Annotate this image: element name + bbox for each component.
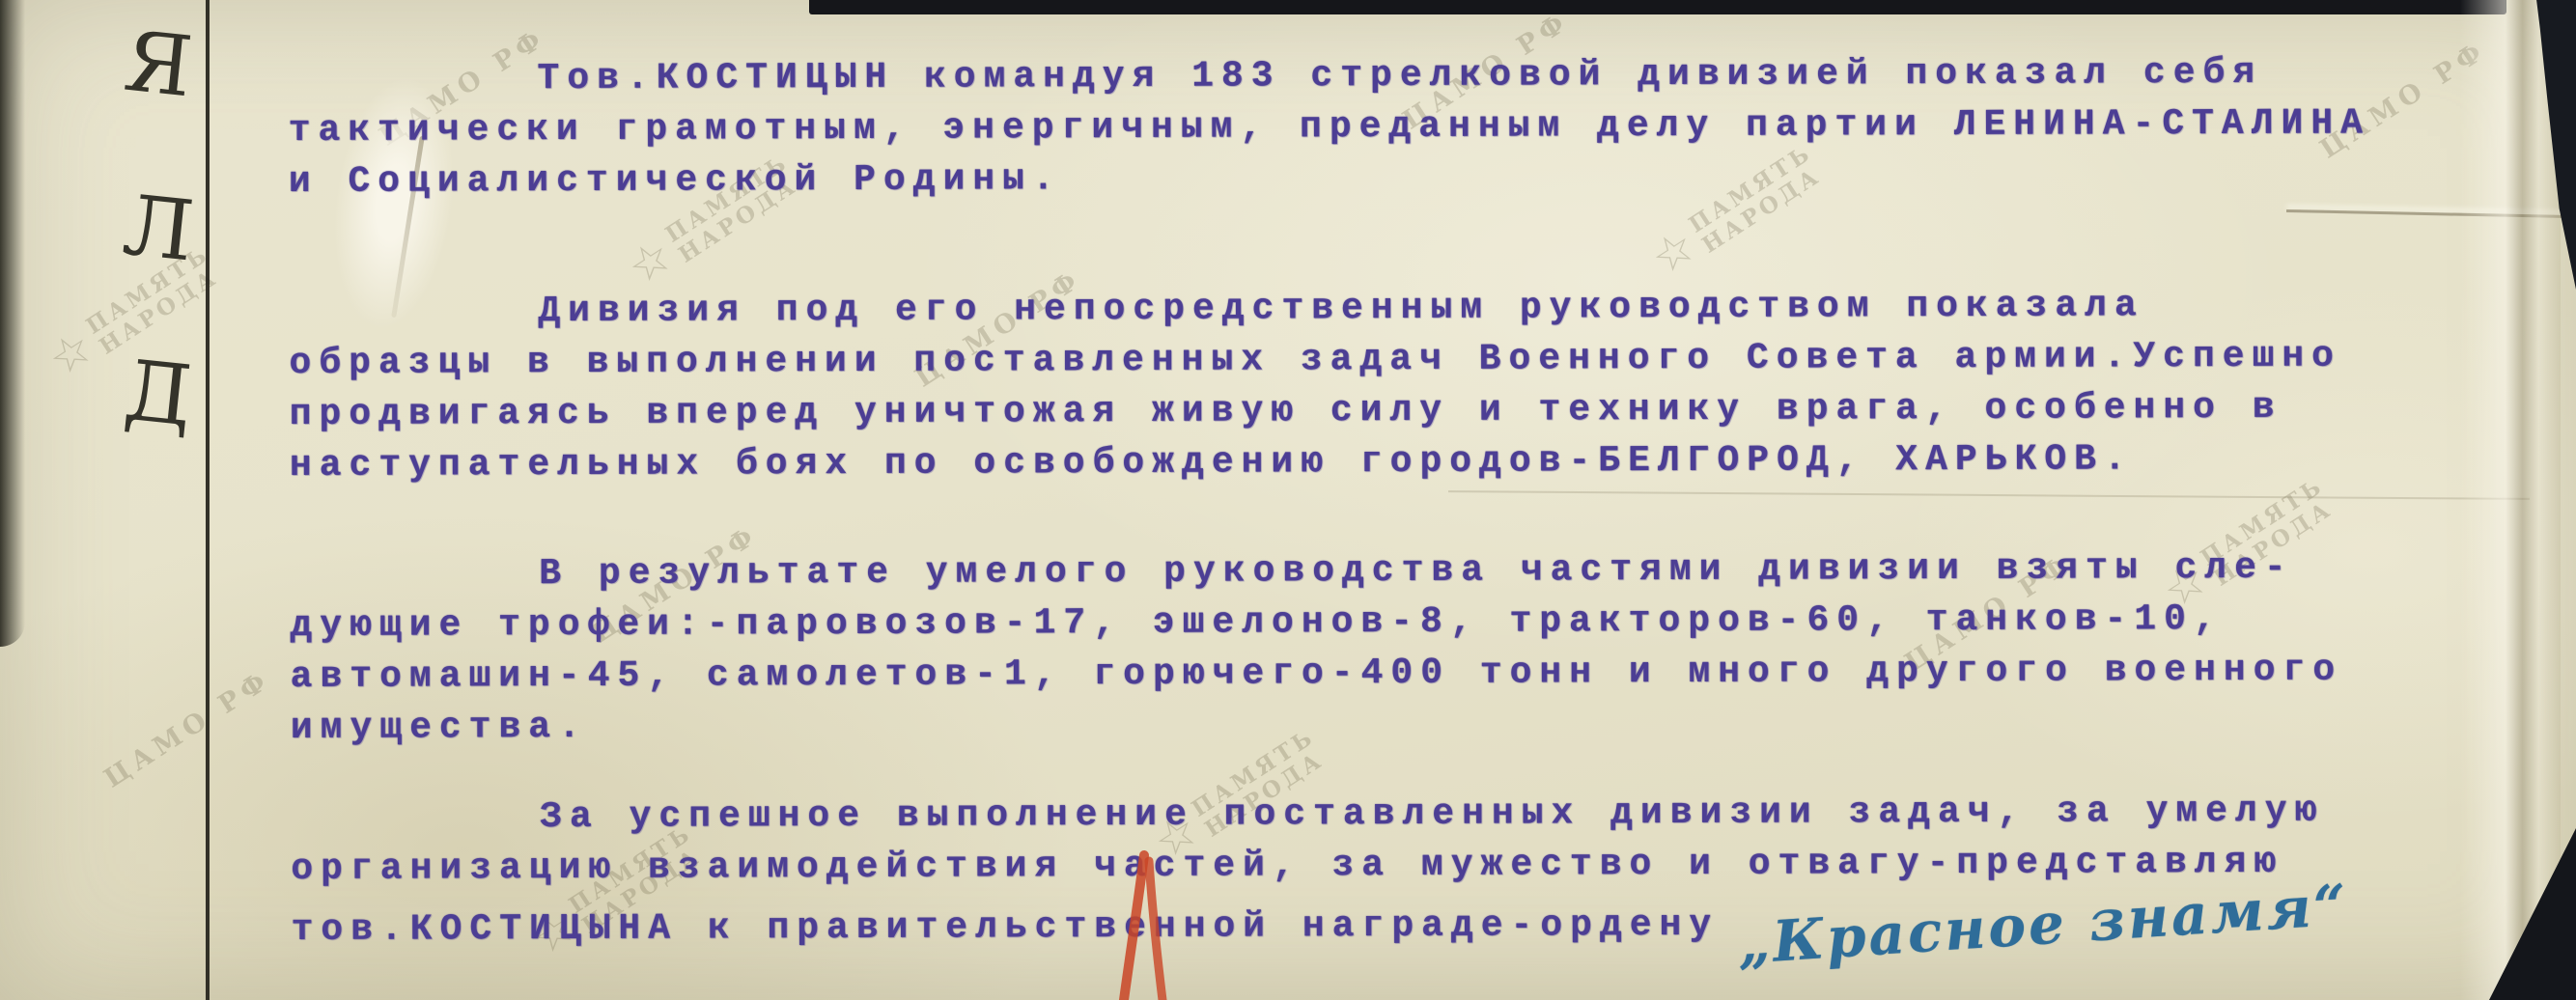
typed-line: За успешное выполнение поставленных диви… bbox=[291, 785, 2511, 844]
typed-line: имущества. bbox=[291, 695, 2511, 754]
watermark-archive: ЦАМО РФ bbox=[99, 664, 277, 793]
typed-line: автомашин-45, самолетов-1, горючего-400 … bbox=[291, 644, 2511, 703]
typed-line: образцы в выполнении поставленных задач … bbox=[289, 330, 2509, 389]
typed-line: В результате умелого руководства частями… bbox=[290, 542, 2510, 600]
document-scan: ЦАМО РФ ☆ПАМЯТЬНАРОДА ЦАМО РФ ☆ПАМЯТЬНАР… bbox=[0, 0, 2576, 1000]
watermark-star-icon: ☆ bbox=[42, 323, 101, 385]
scan-top-edge bbox=[809, 0, 2506, 14]
paragraph: За успешное выполнение поставленных диви… bbox=[291, 785, 2512, 946]
margin-letter: Я bbox=[121, 24, 195, 107]
document-body: Тов.КОСТИЦЫН командуя 183 стрелковой див… bbox=[288, 46, 2511, 946]
typed-line: тов.КОСТИЦЫНА к правительственной наград… bbox=[291, 887, 2511, 946]
typed-text: тов.КОСТИЦЫНА к правительственной наград… bbox=[291, 904, 1719, 951]
typed-line: Дивизия под его непосредственным руковод… bbox=[289, 279, 2509, 338]
form-vertical-rule bbox=[206, 0, 210, 1000]
typed-line: наступательных боях по освобождению горо… bbox=[290, 432, 2510, 491]
margin-letter: Л bbox=[120, 188, 197, 271]
margin-vertical-word: Я Л Д bbox=[114, 27, 203, 432]
typed-line: Тов.КОСТИЦЫН командуя 183 стрелковой див… bbox=[288, 46, 2508, 105]
handwritten-award-name: „Красное знамя“ bbox=[1736, 879, 2350, 970]
paragraph: В результате умелого руководства частями… bbox=[290, 542, 2511, 754]
typed-line: и Социалистической Родины. bbox=[289, 149, 2509, 208]
typed-line: продвигаясь вперед уничтожая живую силу … bbox=[290, 381, 2510, 440]
paragraph: Дивизия под его непосредственным руковод… bbox=[289, 279, 2510, 491]
paragraph: Тов.КОСТИЦЫН командуя 183 стрелковой див… bbox=[288, 46, 2509, 208]
scan-edge-shadow bbox=[0, 0, 25, 647]
typed-line: дующие трофеи:-паровозов-17, эшелонов-8,… bbox=[290, 593, 2510, 652]
typed-line: тактически грамотным, энергичным, предан… bbox=[289, 97, 2509, 156]
margin-letter: Д bbox=[121, 352, 196, 435]
